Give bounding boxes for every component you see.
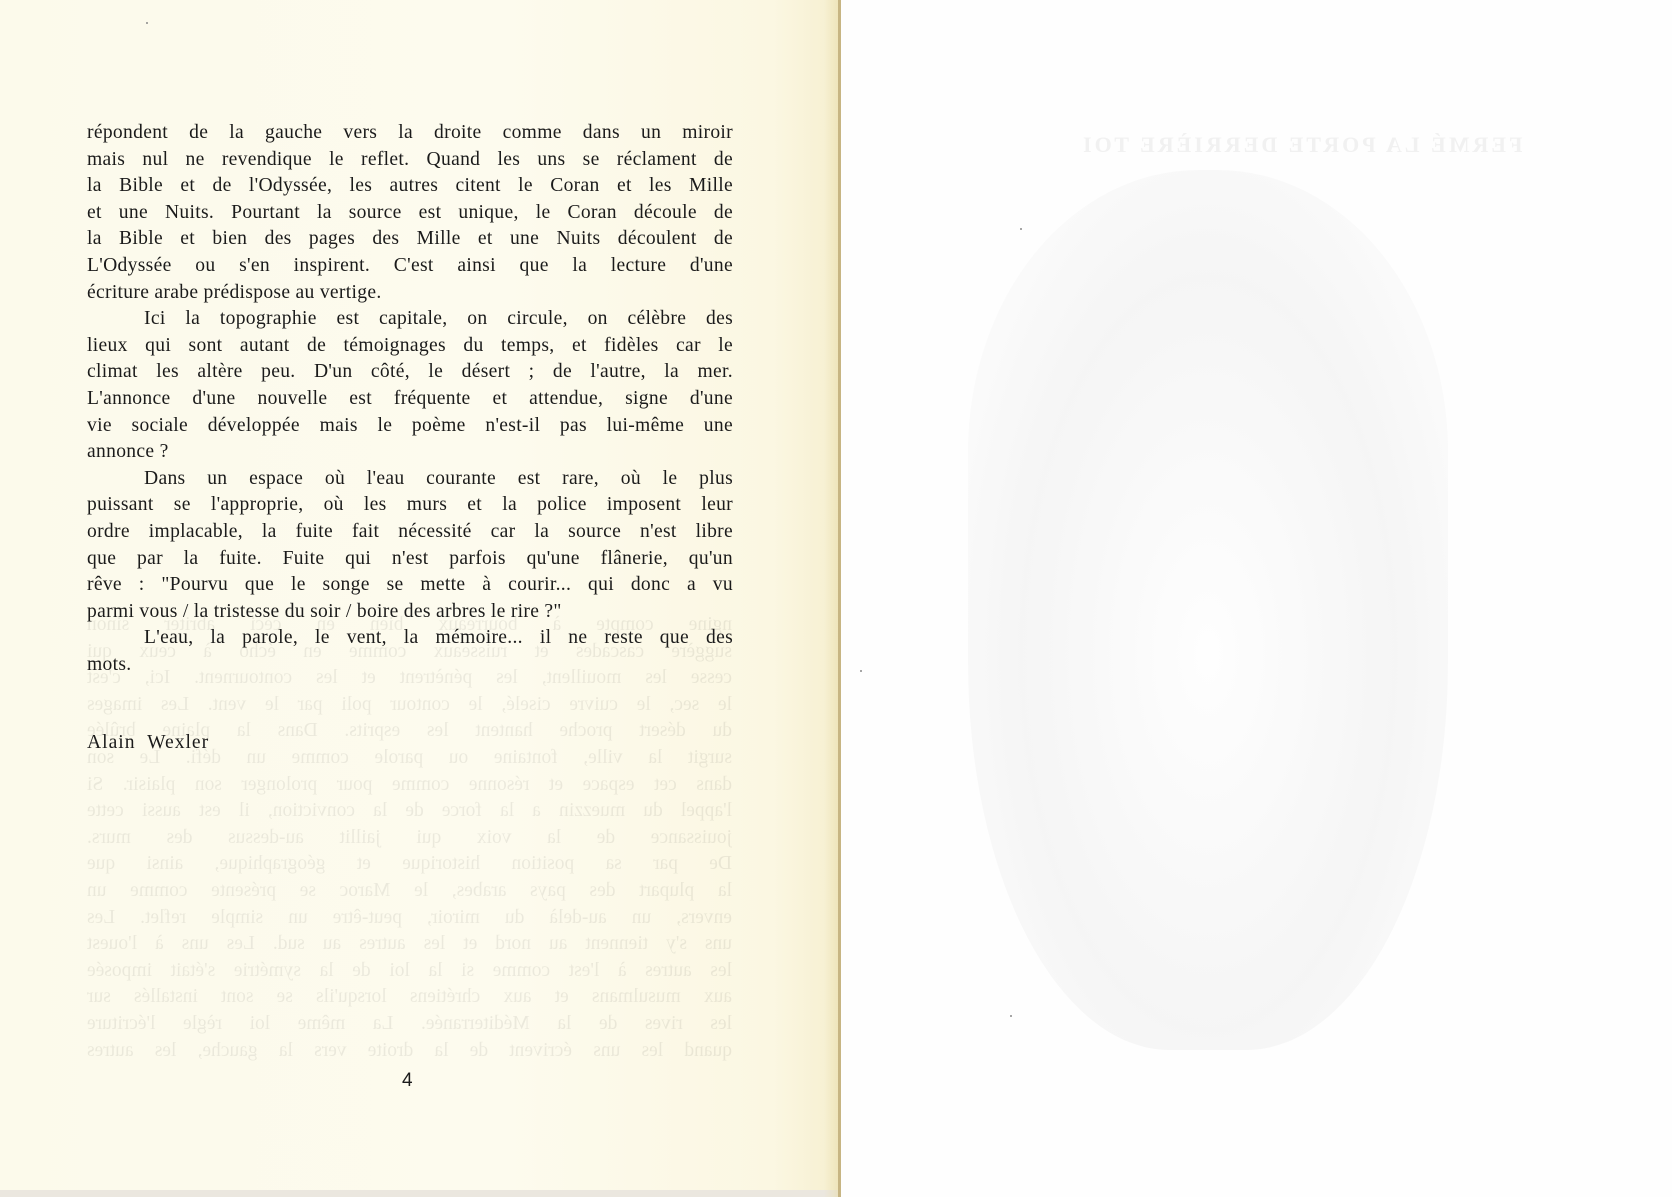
text-line: puissant se l'approprie, où les murs et …	[87, 492, 733, 519]
paper-speck	[1020, 228, 1022, 230]
text-line: mais nul ne revendique le reflet. Quand …	[87, 147, 733, 174]
text-line: vie sociale développée mais le poème n'e…	[87, 413, 733, 440]
author-signature: Alain Wexler	[87, 732, 209, 754]
book-spread: ngine compte à bourreaux bien en ceci ab…	[0, 0, 1672, 1197]
text-line: que par la fuite. Fuite qui n'est parfoi…	[87, 546, 733, 573]
body-text: répondent de la gauche vers la droite co…	[87, 120, 733, 678]
text-line: parmi vous / la tristesse du soir / boir…	[87, 599, 733, 626]
text-line: et une Nuits. Pourtant la source est uni…	[87, 200, 733, 227]
paragraph: Ici la topographie est capitale, on circ…	[87, 306, 733, 466]
gutter-shadow	[824, 0, 838, 1197]
text-line: la Bible et de l'Odyssée, les autres cit…	[87, 173, 733, 200]
text-line: mots.	[87, 652, 733, 679]
text-line: lieux qui sont autant de témoignages du …	[87, 333, 733, 360]
text-line: annonce ?	[87, 439, 733, 466]
paragraph: répondent de la gauche vers la droite co…	[87, 120, 733, 306]
text-line: la Bible et bien des pages des Mille et …	[87, 226, 733, 253]
text-line: ordre implacable, la fuite fait nécessit…	[87, 519, 733, 546]
paper-speck	[146, 22, 148, 24]
page-number: 4	[402, 1070, 413, 1092]
left-page-bottom-edge	[0, 1190, 840, 1197]
text-line: Ici la topographie est capitale, on circ…	[87, 306, 733, 333]
text-line: Dans un espace où l'eau courante est rar…	[87, 466, 733, 493]
text-line: climat les altère peu. D'un côté, le dés…	[87, 359, 733, 386]
show-through-text: ngine compte à bourreaux bien en ceci ab…	[87, 612, 732, 1064]
show-through-portrait	[968, 170, 1448, 1050]
paper-speck	[860, 670, 862, 672]
paragraph: Dans un espace où l'eau courante est rar…	[87, 466, 733, 626]
show-through-heading: FERMÉ LA PORTE DERRIÈRE TOI	[1080, 132, 1523, 158]
paper-speck	[1010, 1015, 1012, 1017]
text-line: répondent de la gauche vers la droite co…	[87, 120, 733, 147]
text-line: L'eau, la parole, le vent, la mémoire...…	[87, 625, 733, 652]
paragraph: L'eau, la parole, le vent, la mémoire...…	[87, 625, 733, 678]
text-line: rêve : "Pourvu que le songe se mette à c…	[87, 572, 733, 599]
text-line: écriture arabe prédispose au vertige.	[87, 280, 733, 307]
text-line: L'Odyssée ou s'en inspirent. C'est ainsi…	[87, 253, 733, 280]
text-line: L'annonce d'une nouvelle est fréquente e…	[87, 386, 733, 413]
